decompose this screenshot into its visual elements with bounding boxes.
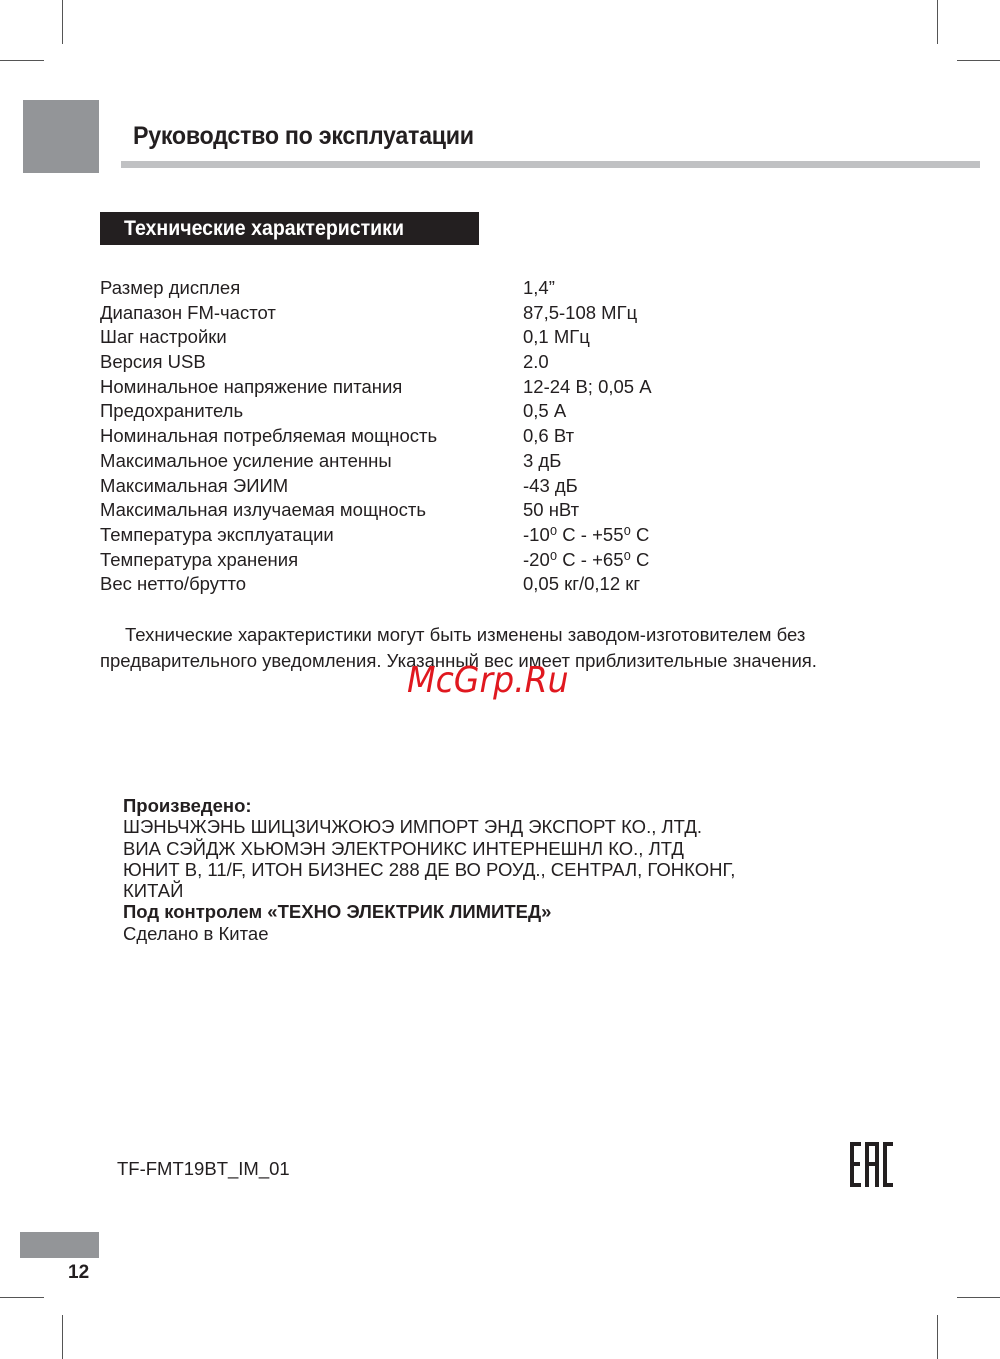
spec-row: Температура эксплуатации-10⁰ С - +55⁰ С	[100, 523, 700, 548]
eac-mark-icon	[850, 1142, 894, 1192]
crop-mark	[0, 60, 44, 61]
spec-name: Предохранитель	[100, 399, 523, 424]
manufacturer-line: КИТАЙ	[123, 880, 863, 901]
section-heading-text: Технические характеристики	[124, 212, 404, 245]
manufacturer-heading: Произведено:	[123, 795, 863, 816]
spec-value: 1,4”	[523, 276, 555, 301]
spec-name: Номинальная потребляемая мощность	[100, 424, 523, 449]
spec-value: 0,5 А	[523, 399, 566, 424]
manufacturer-line: ШЭНЬЧЖЭНЬ ШИЦЗИЧЖОЮЭ ИМПОРТ ЭНД ЭКСПОРТ …	[123, 816, 863, 837]
spec-name: Максимальная излучаемая мощность	[100, 498, 523, 523]
spec-row: Температура хранения-20⁰ С - +65⁰ С	[100, 548, 700, 573]
crop-mark	[937, 0, 938, 44]
spec-value: 2.0	[523, 350, 549, 375]
spec-value: 0,6 Вт	[523, 424, 574, 449]
control-line: Под контролем «ТЕХНО ЭЛЕКТРИК ЛИМИТЕД»	[123, 901, 863, 922]
manufacturer-line: ЮНИТ В, 11/F, ИТОН БИЗНЕС 288 ДЕ ВО РОУД…	[123, 859, 863, 880]
spec-value: 3 дБ	[523, 449, 561, 474]
spec-name: Шаг настройки	[100, 325, 523, 350]
spec-row: Номинальная потребляемая мощность0,6 Вт	[100, 424, 700, 449]
spec-name: Температура эксплуатации	[100, 523, 523, 548]
spec-name: Версия USB	[100, 350, 523, 375]
spec-value: 0,05 кг/0,12 кг	[523, 572, 640, 597]
spec-row: Предохранитель0,5 А	[100, 399, 700, 424]
spec-value: 12-24 В; 0,05 А	[523, 375, 652, 400]
spec-row: Диапазон FM-частот87,5-108 МГц	[100, 301, 700, 326]
spec-value: 0,1 МГц	[523, 325, 590, 350]
spec-row: Номинальное напряжение питания12-24 В; 0…	[100, 375, 700, 400]
title-rule	[121, 161, 980, 168]
crop-mark	[62, 0, 63, 44]
spec-name: Максимальное усиление антенны	[100, 449, 523, 474]
origin-line: Сделано в Китае	[123, 923, 863, 944]
manufacturer-line: ВИА СЭЙДЖ ХЬЮМЭН ЭЛЕКТРОНИКС ИНТЕРНЕШНЛ …	[123, 838, 863, 859]
crop-mark	[62, 1315, 63, 1359]
spec-value: -43 дБ	[523, 474, 578, 499]
section-heading: Технические характеристики	[100, 212, 479, 245]
spec-name: Вес нетто/брутто	[100, 572, 523, 597]
spec-value: 87,5-108 МГц	[523, 301, 637, 326]
document-code: TF-FMT19BT_IM_01	[117, 1158, 290, 1180]
manufacturer-block: Произведено: ШЭНЬЧЖЭНЬ ШИЦЗИЧЖОЮЭ ИМПОРТ…	[123, 795, 863, 944]
crop-mark	[0, 1297, 44, 1298]
spec-name: Размер дисплея	[100, 276, 523, 301]
page-title: Руководство по эксплуатации	[133, 122, 474, 151]
spec-table: Размер дисплея1,4”Диапазон FM-частот87,5…	[100, 276, 700, 597]
page-number: 12	[68, 1262, 89, 1284]
watermark: McGrp.Ru	[407, 660, 569, 701]
spec-row: Вес нетто/брутто0,05 кг/0,12 кг	[100, 572, 700, 597]
spec-row: Максимальная ЭИИМ-43 дБ	[100, 474, 700, 499]
crop-mark	[957, 60, 1000, 61]
spec-row: Шаг настройки0,1 МГц	[100, 325, 700, 350]
crop-mark	[937, 1315, 938, 1359]
spec-row: Версия USB2.0	[100, 350, 700, 375]
spec-name: Максимальная ЭИИМ	[100, 474, 523, 499]
spec-row: Размер дисплея1,4”	[100, 276, 700, 301]
spec-row: Максимальное усиление антенны3 дБ	[100, 449, 700, 474]
footer-side-block	[20, 1232, 99, 1258]
spec-name: Диапазон FM-частот	[100, 301, 523, 326]
spec-name: Температура хранения	[100, 548, 523, 573]
spec-value: -20⁰ С - +65⁰ С	[523, 548, 649, 573]
spec-name: Номинальное напряжение питания	[100, 375, 523, 400]
spec-value: -10⁰ С - +55⁰ С	[523, 523, 649, 548]
spec-row: Максимальная излучаемая мощность50 нВт	[100, 498, 700, 523]
header-side-block	[23, 100, 99, 173]
spec-value: 50 нВт	[523, 498, 579, 523]
crop-mark	[957, 1297, 1000, 1298]
